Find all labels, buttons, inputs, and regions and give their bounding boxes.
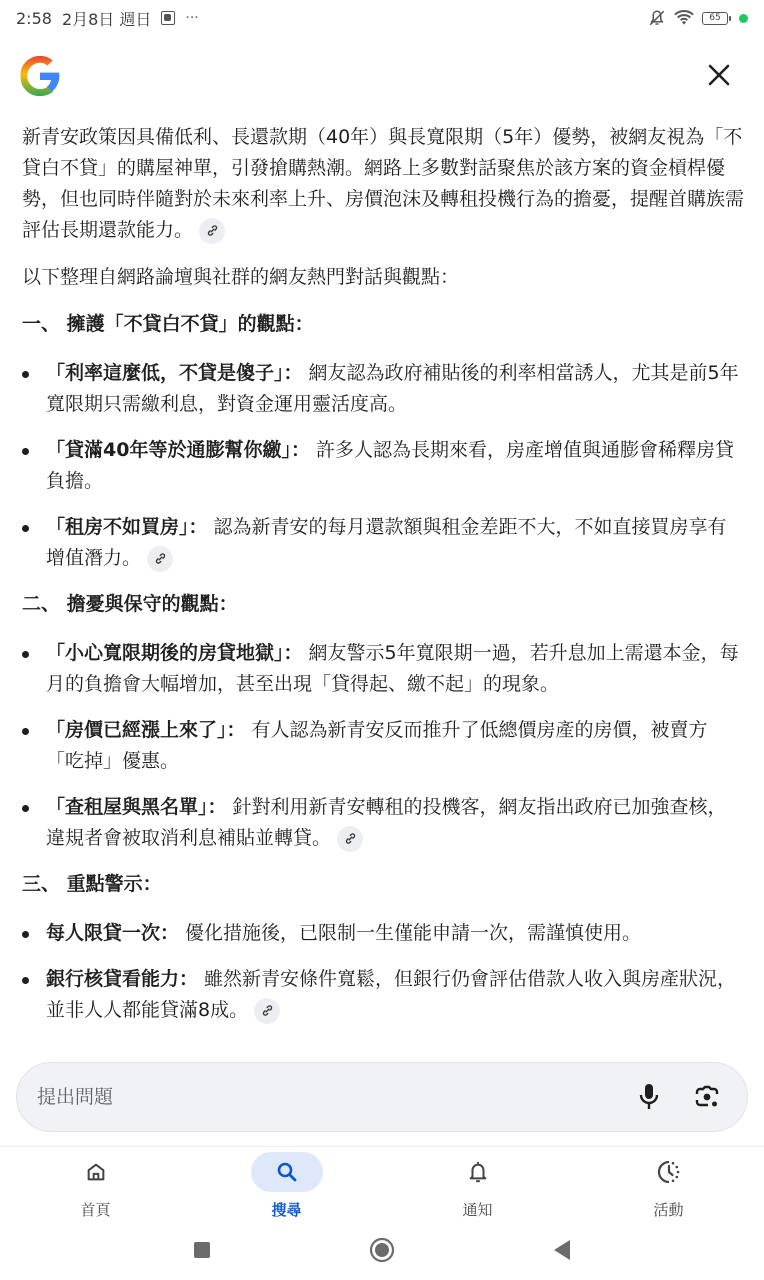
status-bar: 2:58 2月8日 週日 ··· 65 <box>0 0 764 36</box>
link-icon <box>206 224 219 237</box>
bell-off-icon <box>648 9 666 27</box>
more-notifications-icon: ··· <box>185 10 198 26</box>
wifi-icon <box>674 9 694 27</box>
status-left: 2:58 2月8日 週日 ··· <box>16 7 199 30</box>
nav-item-notifications[interactable]: 通知 <box>382 1150 573 1228</box>
green-dot-indicator <box>739 14 748 23</box>
section-title: 三、 重點警示： <box>22 869 744 900</box>
item-heading: 「房價已經漲上來了」： <box>46 719 246 741</box>
intro-text: 新青安政策因具備低利、長還款期（40年）與長寬限期（5年）優勢，被網友視為「不貸… <box>22 126 744 241</box>
item-heading: 銀行核貸看能力： <box>46 968 198 990</box>
search-icon <box>275 1160 299 1184</box>
home-icon <box>85 1161 107 1183</box>
status-time: 2:58 <box>16 9 52 28</box>
list-item: 「房價已經漲上來了」： 有人認為新青安反而推升了低總價房產的房價，被賣方「吃掉」… <box>22 715 744 777</box>
google-lens-button[interactable] <box>687 1077 727 1117</box>
divider <box>0 1146 764 1147</box>
nav-label: 活動 <box>653 1199 683 1220</box>
intro-paragraph: 新青安政策因具備低利、長還款期（40年）與長寬限期（5年）優勢，被網友視為「不貸… <box>22 122 744 246</box>
close-button[interactable] <box>702 58 736 92</box>
home-circle-icon <box>369 1237 395 1263</box>
link-icon <box>154 552 167 565</box>
close-icon <box>707 63 731 87</box>
back-button[interactable] <box>472 1239 652 1261</box>
app-notification-icon <box>161 11 175 25</box>
ask-bar <box>16 1062 748 1132</box>
status-date: 2月8日 週日 <box>62 7 151 30</box>
system-home-button[interactable] <box>292 1237 472 1263</box>
item-heading: 「貸滿40年等於通膨幫你繳」： <box>46 439 310 461</box>
status-right: 65 <box>648 9 748 27</box>
google-g-logo <box>18 54 62 98</box>
source-link-button[interactable] <box>254 998 280 1024</box>
bullet-list: 「利率這麼低，不貸是傻子」： 網友認為政府補貼後的利率相當誘人，尤其是前5年寬限… <box>22 358 744 574</box>
item-heading: 「查租屋與黑名單」： <box>46 796 227 818</box>
link-icon <box>261 1004 274 1017</box>
item-heading: 每人限貸一次： <box>46 922 179 944</box>
item-heading: 「租房不如買房」： <box>46 516 208 538</box>
list-item: 「小心寬限期後的房貸地獄」： 網友警示5年寬限期一過，若升息加上需還本金，每月的… <box>22 638 744 700</box>
nav-label: 搜尋 <box>271 1199 301 1220</box>
recents-button[interactable] <box>112 1241 292 1259</box>
lead-paragraph: 以下整理自網路論壇與社群的網友熱門對話與觀點： <box>22 262 744 293</box>
nav-label: 首頁 <box>80 1199 110 1220</box>
back-triangle-icon <box>553 1239 571 1261</box>
voice-search-button[interactable] <box>629 1077 669 1117</box>
nav-item-activity[interactable]: 活動 <box>573 1150 764 1228</box>
bell-icon <box>467 1160 489 1184</box>
system-navigation-bar <box>0 1228 764 1272</box>
microphone-icon <box>638 1083 660 1111</box>
recents-square-icon <box>193 1241 211 1259</box>
nav-item-home[interactable]: 首頁 <box>0 1150 191 1228</box>
source-link-button[interactable] <box>337 826 363 852</box>
activity-history-icon <box>656 1159 682 1185</box>
section-title: 二、 擔憂與保守的觀點： <box>22 589 744 620</box>
ask-question-input[interactable] <box>37 1086 611 1108</box>
list-item: 每人限貸一次： 優化措施後，已限制一生僅能申請一次，需謹慎使用。 <box>22 918 744 949</box>
google-lens-icon <box>694 1084 720 1110</box>
section-title: 一、 擁護「不貸白不貸」的觀點： <box>22 309 744 340</box>
header <box>0 48 764 104</box>
nav-label: 通知 <box>462 1199 492 1220</box>
list-item: 「利率這麼低，不貸是傻子」： 網友認為政府補貼後的利率相當誘人，尤其是前5年寬限… <box>22 358 744 420</box>
nav-item-search[interactable]: 搜尋 <box>191 1150 382 1228</box>
battery-icon: 65 <box>702 12 731 25</box>
list-item: 「查租屋與黑名單」： 針對利用新青安轉租的投機客，網友指出政府已加強查核，違規者… <box>22 792 744 854</box>
source-link-button[interactable] <box>199 218 225 244</box>
list-item: 「租房不如買房」： 認為新青安的每月還款額與租金差距不大，不如直接買房享有增值潛… <box>22 512 744 574</box>
item-heading: 「小心寬限期後的房貸地獄」： <box>46 642 303 664</box>
bottom-navigation: 首頁 搜尋 通知 活動 <box>0 1150 764 1228</box>
link-icon <box>344 832 357 845</box>
item-text: 優化措施後，已限制一生僅能申請一次，需謹慎使用。 <box>179 922 641 944</box>
list-item: 銀行核貸看能力： 雖然新青安條件寬鬆，但銀行仍會評估借款人收入與房產狀況，並非人… <box>22 964 744 1026</box>
item-heading: 「利率這麼低，不貸是傻子」： <box>46 362 303 384</box>
battery-level: 65 <box>702 12 728 25</box>
list-item: 「貸滿40年等於通膨幫你繳」： 許多人認為長期來看，房產增值與通膨會稀釋房貸負擔… <box>22 435 744 497</box>
bullet-list: 「小心寬限期後的房貸地獄」： 網友警示5年寬限期一過，若升息加上需還本金，每月的… <box>22 638 744 854</box>
ai-answer-content: 新青安政策因具備低利、長還款期（40年）與長寬限期（5年）優勢，被網友視為「不貸… <box>22 122 744 1041</box>
source-link-button[interactable] <box>147 546 173 572</box>
bullet-list: 每人限貸一次： 優化措施後，已限制一生僅能申請一次，需謹慎使用。 銀行核貸看能力… <box>22 918 744 1026</box>
